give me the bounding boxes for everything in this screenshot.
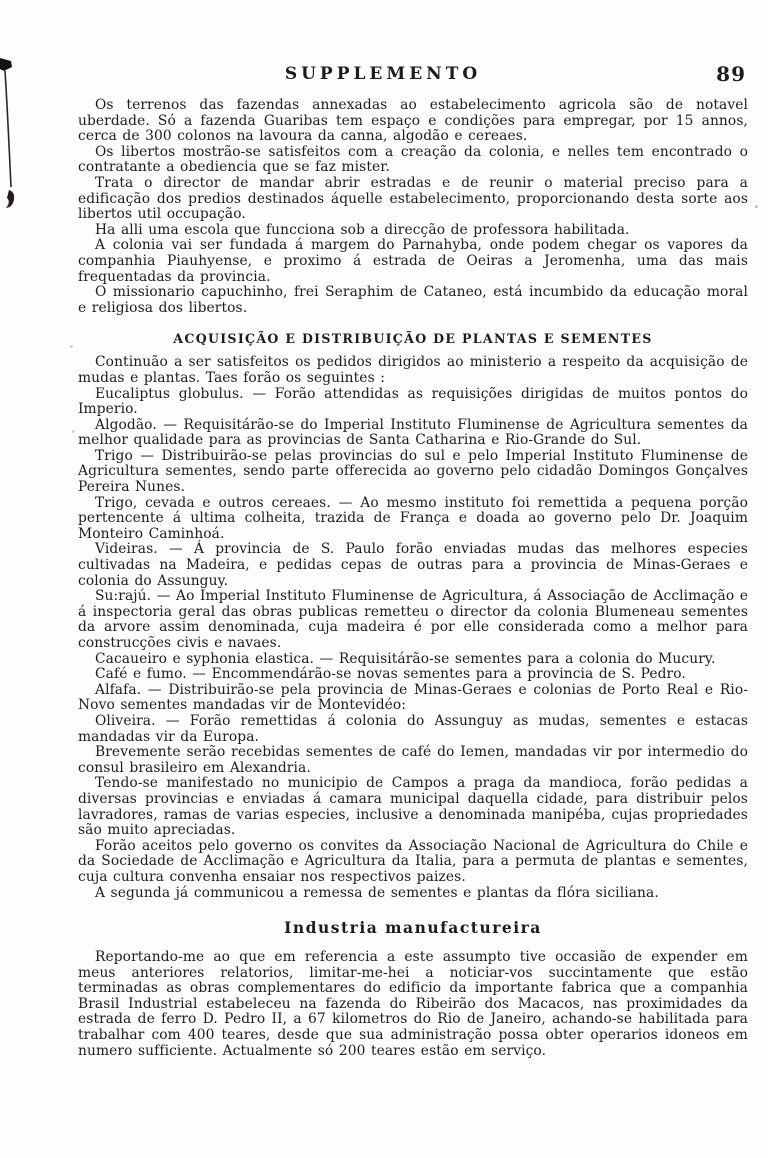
- paragraph: Trigo — Distribuirão-se pelas provincias…: [78, 449, 748, 496]
- paragraph: Reportando-me ao que em referencia a est…: [78, 950, 748, 1059]
- running-head: SUPPLEMENTO 89: [78, 62, 748, 96]
- paragraph: Forão aceitos pelo governo os convites d…: [78, 839, 748, 886]
- section-heading-industry: Industria manufactureira: [78, 918, 748, 937]
- scan-speck: [72, 430, 75, 433]
- paragraph: Cacaueiro e syphonia elastica. — Requisi…: [78, 652, 748, 668]
- paragraph: Os terrenos das fazendas annexadas ao es…: [78, 98, 748, 145]
- document-body: Os terrenos das fazendas annexadas ao es…: [78, 98, 748, 1059]
- page-content: SUPPLEMENTO 89 Os terrenos das fazendas …: [78, 62, 748, 1059]
- paragraph: A segunda já communicou a remessa de sem…: [78, 886, 748, 902]
- section-heading-plants: ACQUISIÇÃO E DISTRIBUIÇÃO DE PLANTAS E S…: [78, 331, 748, 346]
- paragraph: Ha alli uma escola que funcciona sob a d…: [78, 223, 748, 239]
- paragraph: Videiras. — Á provincia de S. Paulo forã…: [78, 542, 748, 589]
- scanned-document-page: SUPPLEMENTO 89 Os terrenos das fazendas …: [0, 0, 768, 1158]
- page-title: SUPPLEMENTO: [78, 64, 688, 84]
- paragraph: Café e fumo. — Encommendárão-se novas se…: [78, 667, 748, 683]
- paragraph: Brevemente serão recebidas sementes de c…: [78, 745, 748, 776]
- page-number: 89: [716, 62, 746, 86]
- paragraph: Su:rajú. — Ao Imperial Instituto Flumine…: [78, 589, 748, 651]
- paragraph: Trigo, cevada e outros cereaes. — Ao mes…: [78, 496, 748, 543]
- paragraph: Continuão a ser satisfeitos os pedidos d…: [78, 355, 748, 386]
- paragraph: Alfafa. — Distribuirão-se pela provincia…: [78, 683, 748, 714]
- paragraph: Eucaliptus globulus. — Forão attendidas …: [78, 387, 748, 418]
- paragraph: O missionario capuchinho, frei Seraphim …: [78, 285, 748, 316]
- paragraph: Oliveira. — Forão remettidas á colonia d…: [78, 714, 748, 745]
- paragraph: Os libertos mostrão-se satisfeitos com a…: [78, 145, 748, 176]
- scan-speck: [755, 205, 758, 208]
- scan-speck: [70, 345, 73, 348]
- paragraph: Algodão. — Requisitárão-se do Imperial I…: [78, 418, 748, 449]
- paragraph: Tendo-se manifestado no municipio de Cam…: [78, 776, 748, 838]
- ink-smudge-artifact: [0, 55, 30, 225]
- paragraph: A colonia vai ser fundada á margem do Pa…: [78, 238, 748, 285]
- paragraph: Trata o director de mandar abrir estrada…: [78, 176, 748, 223]
